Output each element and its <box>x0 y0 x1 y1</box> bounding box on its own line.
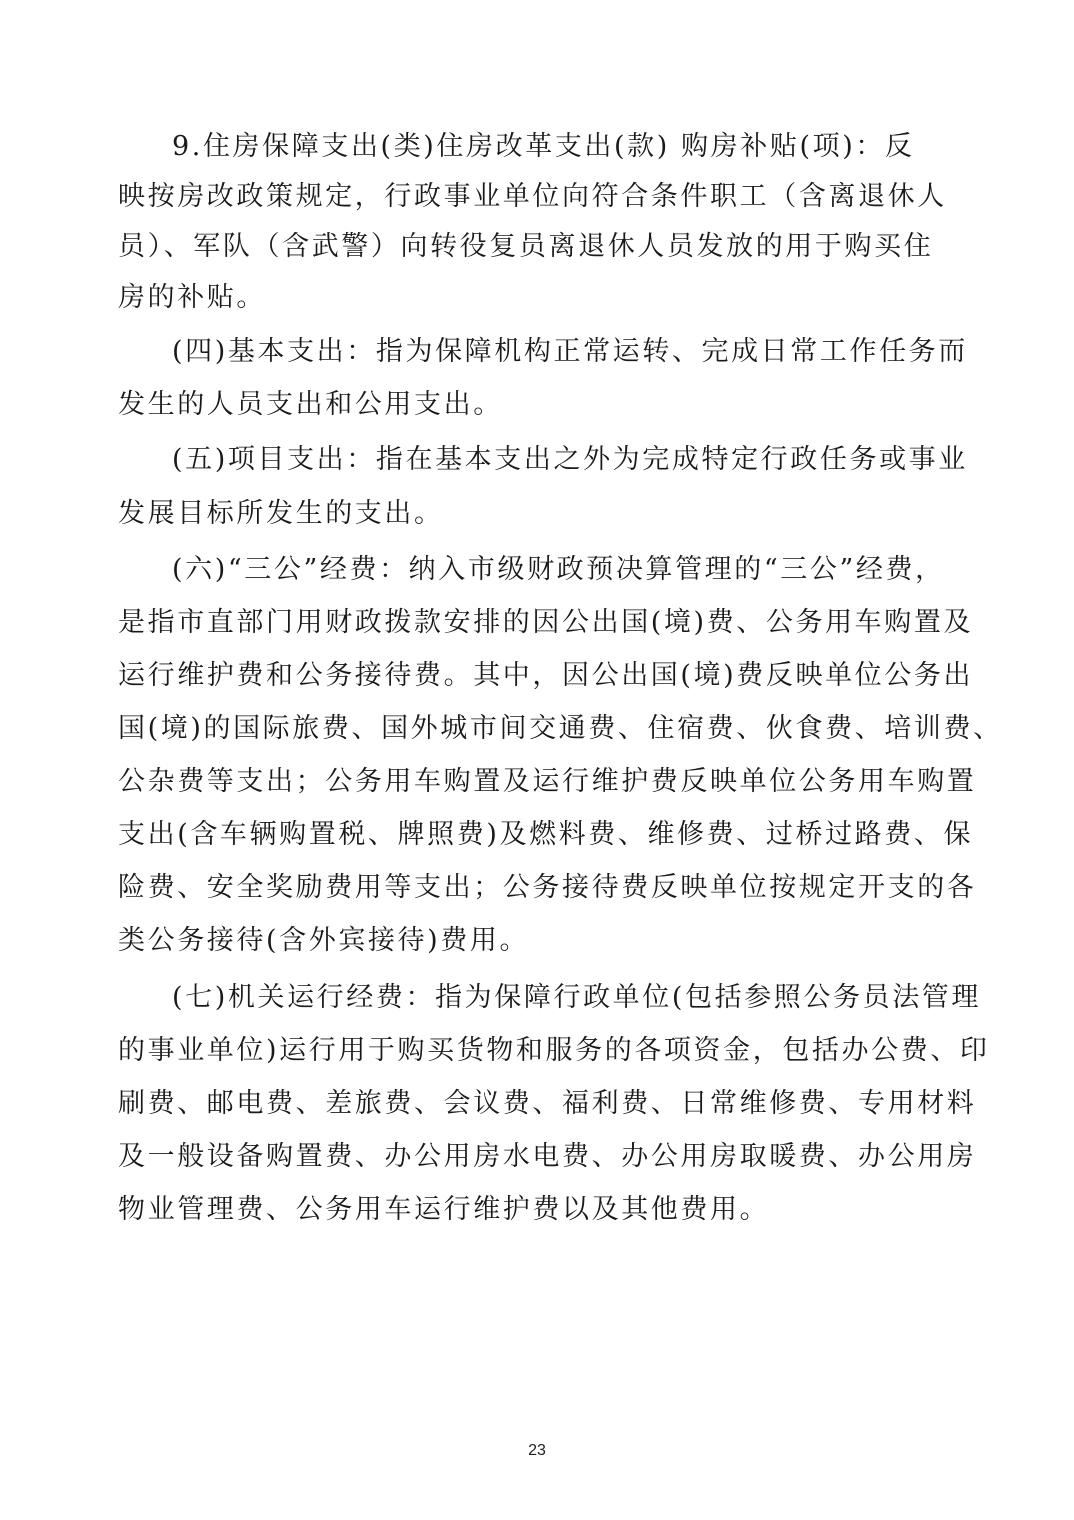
paragraph-section-6-line-2: 是指市直部门用财政拨款安排的因公出国(境)费、公务用车购置及 <box>118 603 968 643</box>
paragraph-section-4-line-1: (四)基本支出：指为保障机构正常运转、完成日常工作任务而 <box>172 332 1022 372</box>
paragraph-section-7-line-2: 的事业单位)运行用于购买货物和服务的各项资金，包括办公费、印 <box>118 1031 968 1071</box>
paragraph-section-6-line-3: 运行维护费和公务接待费。其中，因公出国(境)费反映单位公务出 <box>118 656 968 696</box>
paragraph-section-5-line-1: (五)项目支出：指在基本支出之外为完成特定行政任务或事业 <box>172 440 1022 480</box>
paragraph-section-7-line-3: 刷费、邮电费、差旅费、会议费、福利费、日常维修费、专用材料 <box>118 1084 968 1124</box>
paragraph-section-4-line-2: 发生的人员支出和公用支出。 <box>118 385 968 425</box>
document-page: 9.住房保障支出(类)住房改革支出(款) 购房补贴(项)：反 映按房改政策规定，… <box>0 0 1074 1520</box>
paragraph-section-6-line-6: 支出(含车辆购置税、牌照费)及燃料费、维修费、过桥过路费、保 <box>118 815 968 855</box>
paragraph-section-6-line-5: 公杂费等支出；公务用车购置及运行维护费反映单位公务用车购置 <box>118 762 968 802</box>
paragraph-section-7-line-4: 及一般设备购置费、办公用房水电费、办公用房取暖费、办公用房 <box>118 1137 968 1177</box>
paragraph-item-9-line-4: 房的补贴。 <box>118 278 968 318</box>
paragraph-section-7-line-5: 物业管理费、公务用车运行维护费以及其他费用。 <box>118 1190 968 1230</box>
paragraph-section-6-line-7: 险费、安全奖励费用等支出；公务接待费反映单位按规定开支的各 <box>118 868 968 908</box>
paragraph-section-5-line-2: 发展目标所发生的支出。 <box>118 494 968 534</box>
page-number: 23 <box>0 1442 1074 1460</box>
paragraph-item-9-line-3: 员）、军队（含武警）向转役复员离退休人员发放的用于购买住 <box>118 227 968 267</box>
paragraph-section-6-line-1: (六)“三公”经费：纳入市级财政预决算管理的“三公”经费， <box>172 550 1022 590</box>
paragraph-item-9-line-2: 映按房改政策规定，行政事业单位向符合条件职工（含离退休人 <box>118 177 968 217</box>
paragraph-item-9-line-1: 9.住房保障支出(类)住房改革支出(款) 购房补贴(项)：反 <box>172 127 1022 167</box>
paragraph-section-6-line-4: 国(境)的国际旅费、国外城市间交通费、住宿费、伙食费、培训费、 <box>118 709 968 749</box>
paragraph-section-7-line-1: (七)机关运行经费：指为保障行政单位(包括参照公务员法管理 <box>172 978 1022 1018</box>
paragraph-section-6-line-8: 类公务接待(含外宾接待)费用。 <box>118 921 968 961</box>
